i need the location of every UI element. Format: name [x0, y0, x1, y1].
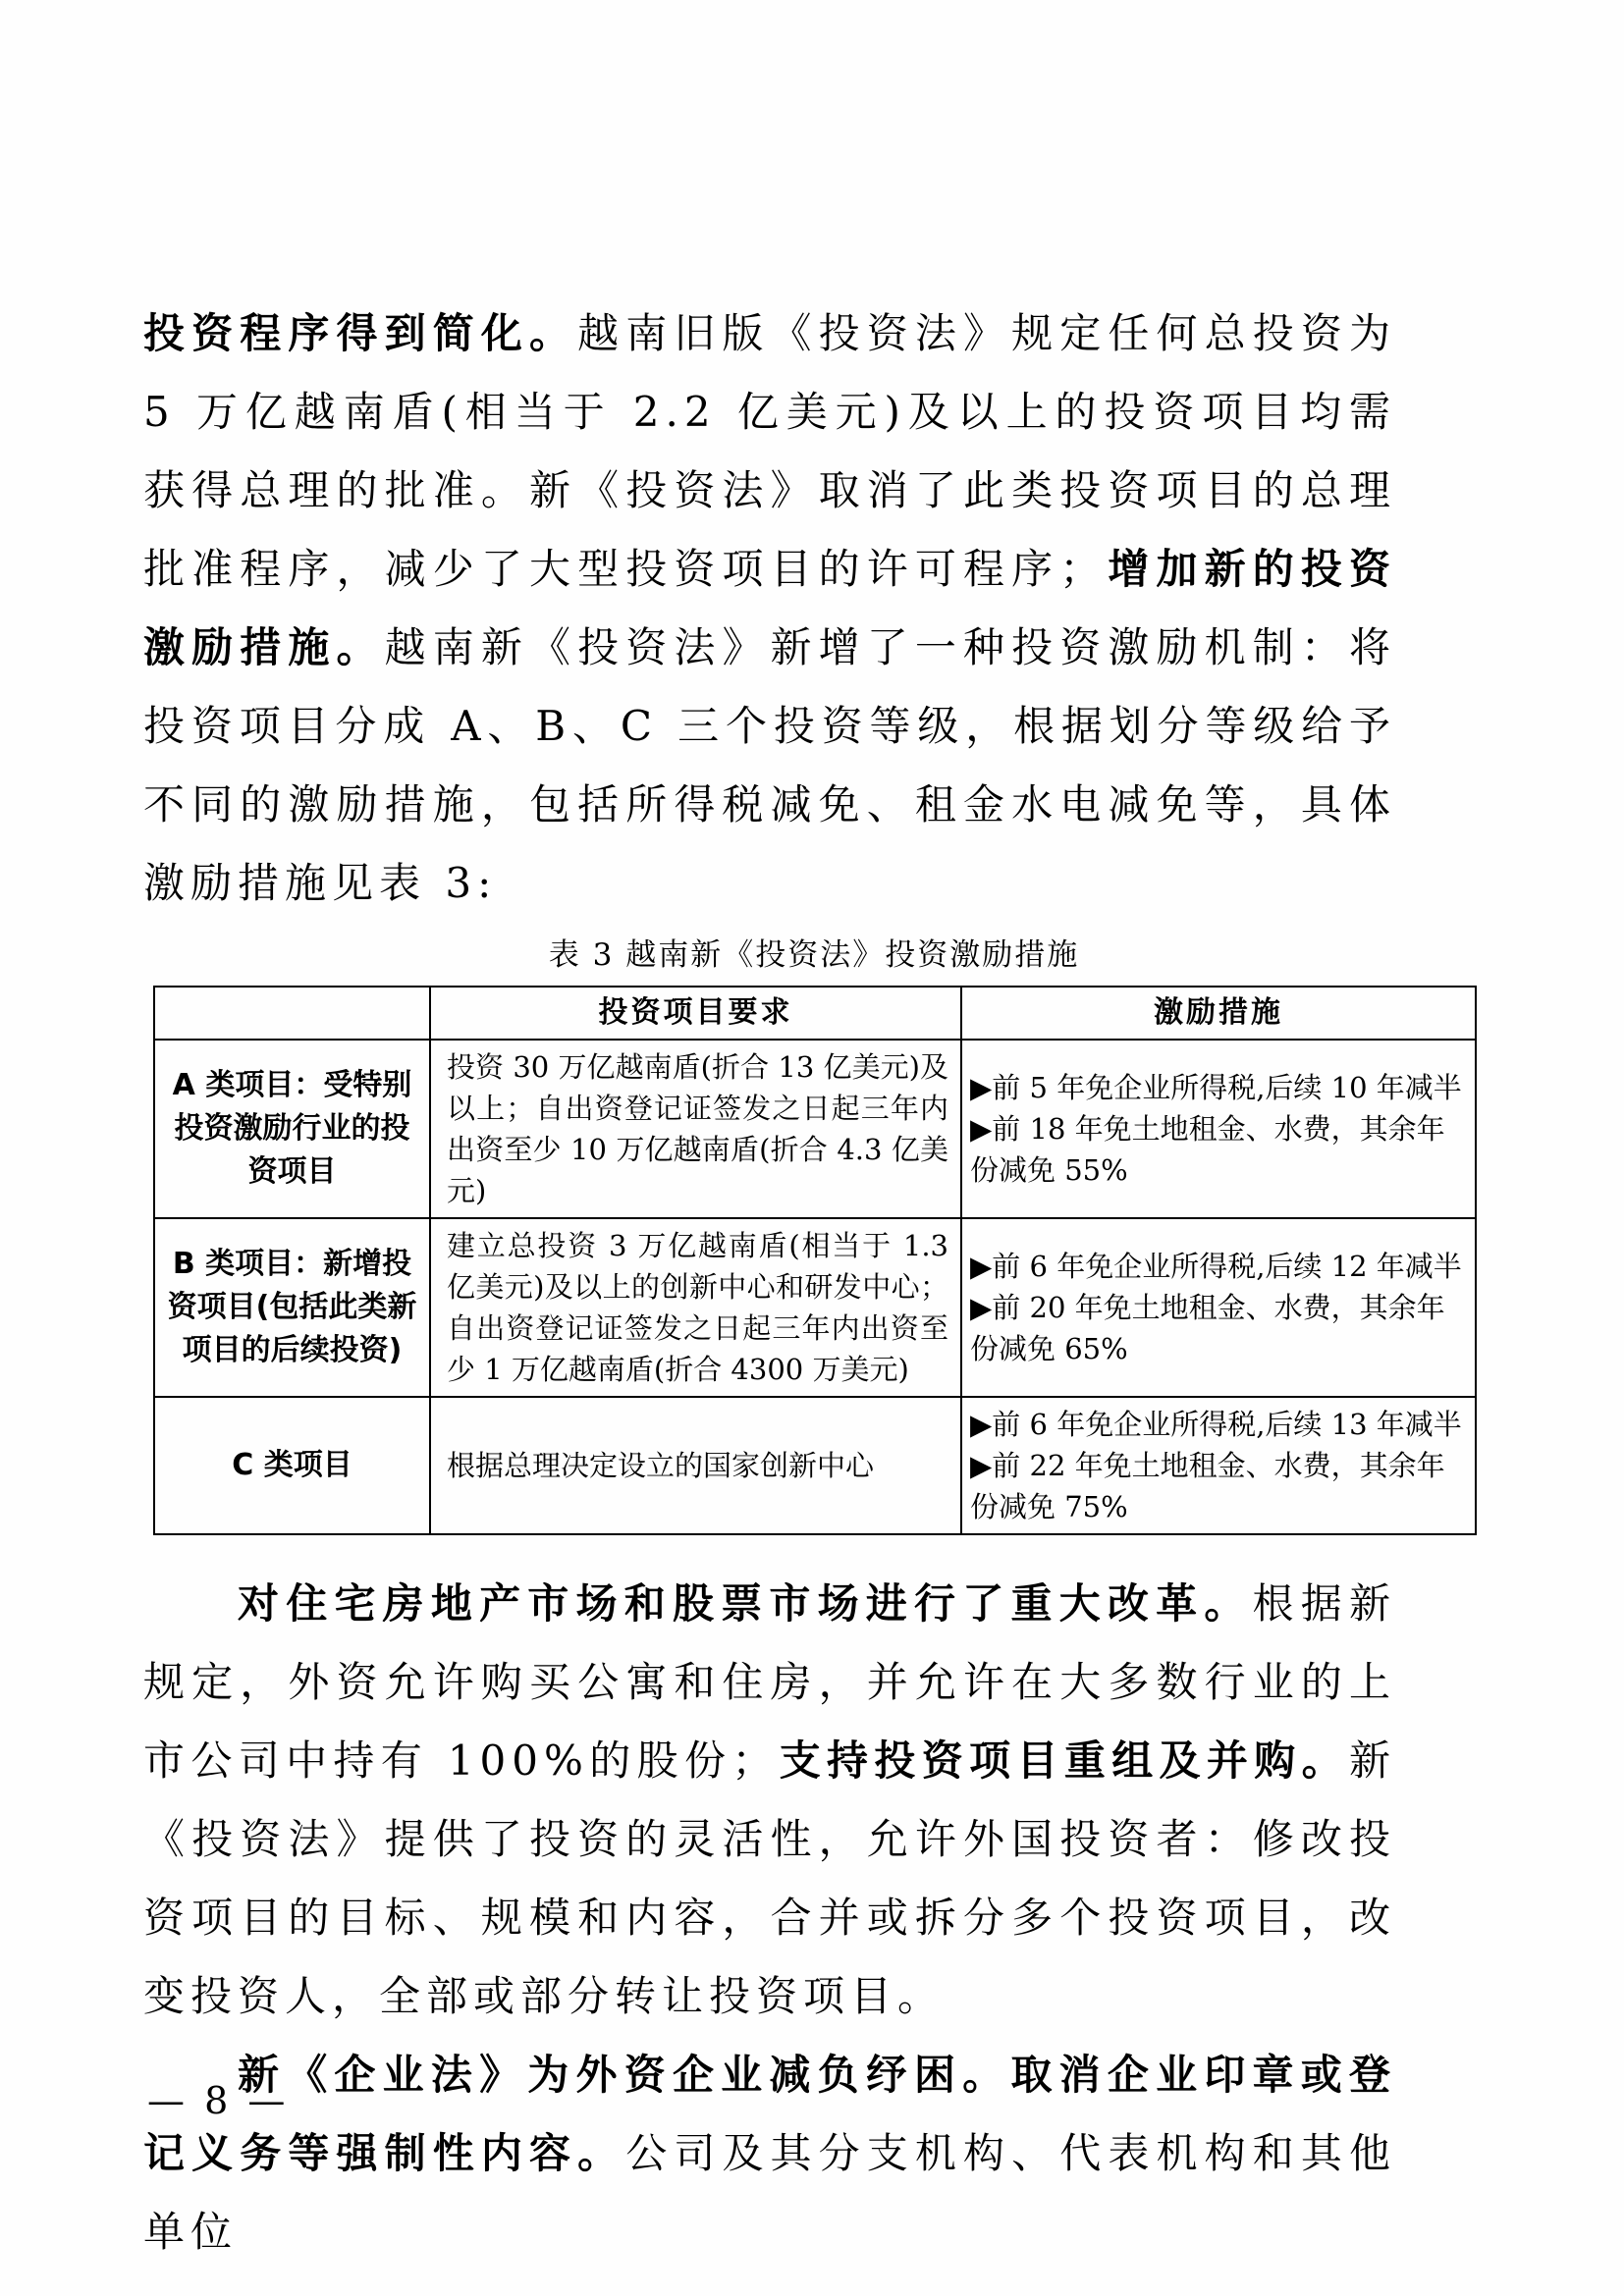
requirement-cell: 投资 30 万亿越南盾(折合 13 亿美元)及以上；自出资登记证签发之日起三年内… [430, 1040, 961, 1218]
incentive-cell: ▶前 5 年免企业所得税,后续 10 年减半 ▶前 18 年免土地租金、水费，其… [961, 1040, 1476, 1218]
table-row: A 类项目：受特别投资激励行业的投资项目 投资 30 万亿越南盾(折合 13 亿… [154, 1040, 1476, 1218]
category-cell: C 类项目 [154, 1397, 430, 1534]
incentive-line: ▶前 22 年免土地租金、水费，其余年份减免 75% [970, 1445, 1465, 1527]
category-cell: A 类项目：受特别投资激励行业的投资项目 [154, 1040, 430, 1218]
bold-text-run: 投资程序得到简化。 [143, 309, 577, 357]
page-content: 投资程序得到简化。越南旧版《投资法》规定任何总投资为 5 万亿越南盾(相当于 2… [143, 294, 1396, 2271]
incentive-line: ▶前 6 年免企业所得税,后续 13 年减半 [970, 1404, 1465, 1445]
page-number: — 8 — [147, 2079, 289, 2122]
table-row: B 类项目：新增投资项目(包括此类新项目的后续投资) 建立总投资 3 万亿越南盾… [154, 1218, 1476, 1397]
incentives-table: 投资项目要求 激励措施 A 类项目：受特别投资激励行业的投资项目 投资 30 万… [153, 986, 1477, 1535]
document-page: 投资程序得到简化。越南旧版《投资法》规定任何总投资为 5 万亿越南盾(相当于 2… [0, 0, 1624, 2296]
header-incentive: 激励措施 [961, 987, 1476, 1040]
incentive-cell: ▶前 6 年免企业所得税,后续 12 年减半 ▶前 20 年免土地租金、水费，其… [961, 1218, 1476, 1397]
table-row: C 类项目 根据总理决定设立的国家创新中心 ▶前 6 年免企业所得税,后续 13… [154, 1397, 1476, 1534]
bold-text-run: 支持投资项目重组及并购。 [779, 1736, 1349, 1785]
table-caption: 表 3 越南新《投资法》投资激励措施 [153, 933, 1475, 978]
paragraph-enterprise-law: 新《企业法》为外资企业减负纾困。取消企业印章或登记义务等强制性内容。公司及其分支… [143, 2036, 1396, 2271]
requirement-cell: 建立总投资 3 万亿越南盾(相当于 1.3 亿美元)及以上的创新中心和研发中心；… [430, 1218, 961, 1397]
incentive-line: ▶前 6 年免企业所得税,后续 12 年减半 [970, 1246, 1465, 1287]
bold-text-run: 对住宅房地产市场和股票市场进行了重大改革。 [238, 1579, 1253, 1628]
paragraph-market-reform: 对住宅房地产市场和股票市场进行了重大改革。根据新规定，外资允许购买公寓和住房，并… [143, 1565, 1396, 2036]
incentive-line: ▶前 5 年免企业所得税,后续 10 年减半 [970, 1067, 1465, 1108]
requirement-cell: 根据总理决定设立的国家创新中心 [430, 1397, 961, 1534]
incentive-cell: ▶前 6 年免企业所得税,后续 13 年减半 ▶前 22 年免土地租金、水费，其… [961, 1397, 1476, 1534]
header-requirement: 投资项目要求 [430, 987, 961, 1040]
paragraph-investment-procedure: 投资程序得到简化。越南旧版《投资法》规定任何总投资为 5 万亿越南盾(相当于 2… [143, 294, 1396, 923]
table-header-row: 投资项目要求 激励措施 [154, 987, 1476, 1040]
header-category [154, 987, 430, 1040]
table-block: 表 3 越南新《投资法》投资激励措施 投资项目要求 激励措施 A [153, 933, 1475, 1535]
category-cell: B 类项目：新增投资项目(包括此类新项目的后续投资) [154, 1218, 430, 1397]
incentive-line: ▶前 20 年免土地租金、水费，其余年份减免 65% [970, 1287, 1465, 1369]
incentive-line: ▶前 18 年免土地租金、水费，其余年份减免 55% [970, 1108, 1465, 1191]
